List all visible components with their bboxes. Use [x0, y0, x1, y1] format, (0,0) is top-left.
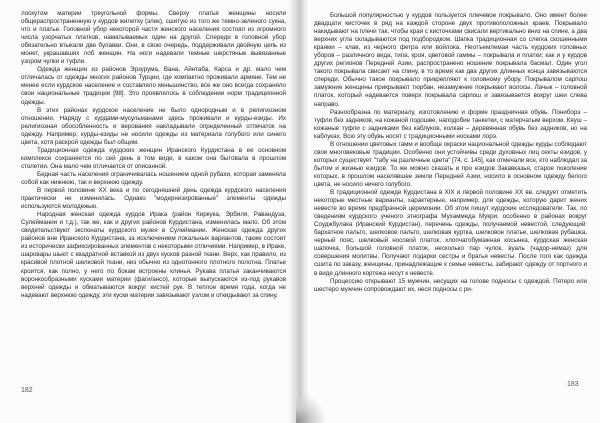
page-number-right: 183: [567, 381, 579, 388]
left-page: лоскутом материи треугольной формы. Свер…: [0, 0, 296, 423]
paragraph: Традиционная одежда курдских женщин Иран…: [21, 147, 286, 171]
paragraph: В отношении цветовых гамм и вообще окрас…: [314, 141, 587, 189]
paragraph: В первой половине XX века и по сегодняшн…: [21, 187, 286, 211]
paragraph: Бедная часть населения ограничивалась но…: [21, 171, 286, 187]
book-gutter: [290, 0, 308, 423]
paragraph: Разнообразна по материалу, изготовлению …: [314, 109, 587, 141]
paragraph: В традиционной одежде Курдистана в XIX и…: [314, 189, 587, 278]
paragraph: Одежда женщин из районов Эрзурума, Вана,…: [21, 66, 286, 106]
right-page: Большой популярностью у курдов пользуетс…: [302, 0, 600, 423]
page-number-left: 182: [21, 387, 33, 394]
paragraph: Процессию открывают 15 мужчин, несущих н…: [314, 278, 587, 294]
book-spread: лоскутом материи треугольной формы. Свер…: [0, 0, 600, 423]
paragraph: Народная женская одежда курдов Ирака (ра…: [21, 211, 286, 300]
paragraph: лоскутом материи треугольной формы. Свер…: [21, 10, 286, 66]
paragraph: В этих районах курдское население не был…: [21, 107, 286, 147]
page-shadow: [296, 395, 326, 423]
paragraph: Большой популярностью у курдов пользуетс…: [314, 12, 587, 109]
